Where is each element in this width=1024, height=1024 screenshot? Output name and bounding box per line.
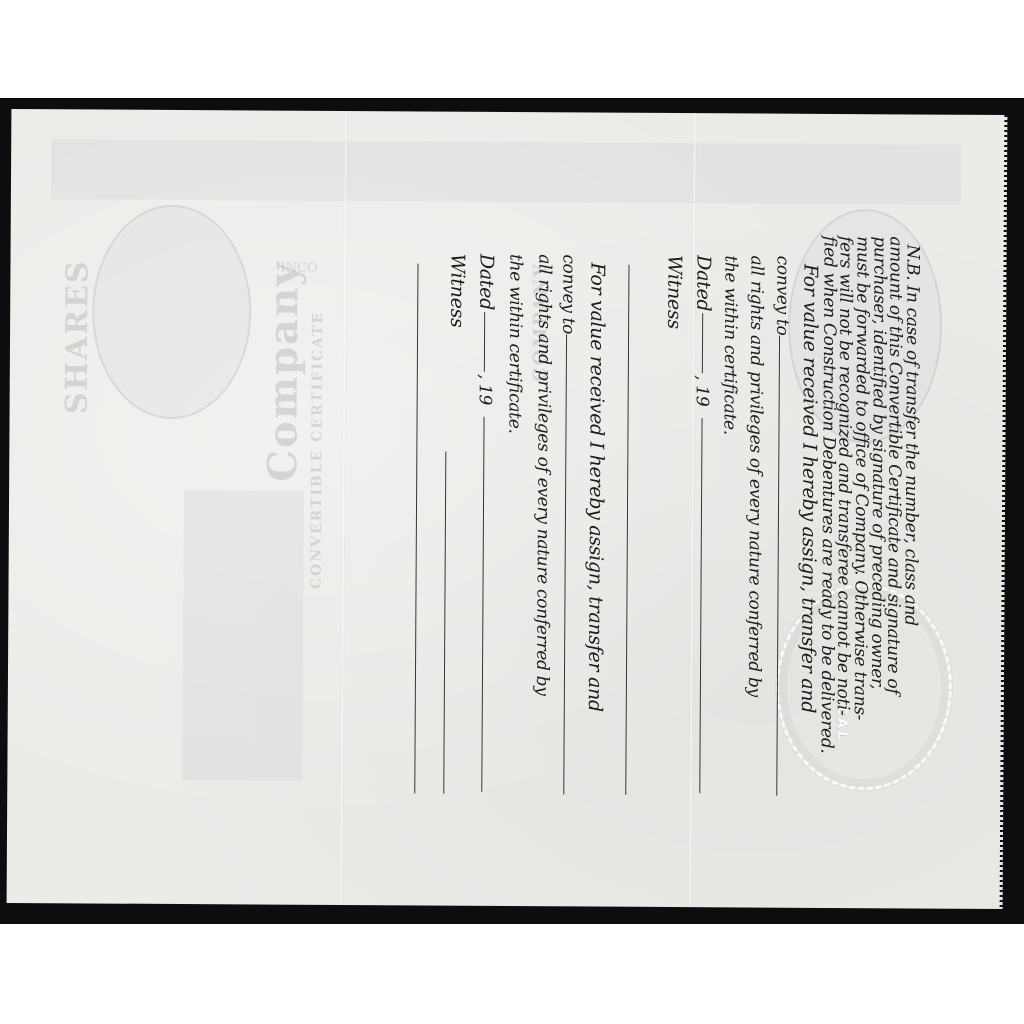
ghost-fragment: INCO [280, 261, 317, 276]
assignment-1-convey-line[interactable] [563, 334, 567, 794]
assignment-2-witness-line[interactable] [625, 265, 629, 795]
assignment-2-witness-label: Witness [664, 255, 683, 329]
ghost-vignette-oval [92, 204, 252, 419]
assignment-1-dated-line[interactable] [484, 312, 485, 372]
certificate-back: Company CONVERTIBLE CERTIFICATE SHARES C… [7, 109, 1008, 909]
paper-fold-right [689, 113, 697, 907]
assignment-1-witness-label: Witness [447, 254, 466, 328]
ghost-top-border [51, 139, 961, 205]
ghost-company-title: Company [259, 260, 307, 481]
assignment-2-rights: all rights and privileges of every natur… [745, 255, 765, 696]
paper-fold-left [340, 111, 348, 905]
assignment-1-convey-label: convey to [559, 254, 576, 334]
assignment-2-convey-label: convey to [773, 256, 790, 336]
ghost-left-panel [182, 490, 304, 781]
assignment-2-certificate: the within certificate. [720, 255, 738, 435]
assignment-1-dated-label: Dated [476, 254, 495, 310]
assignment-2-heading: For value received I hereby assign, tran… [798, 264, 820, 713]
assignment-2-convey-line[interactable] [776, 336, 780, 796]
ghost-denomination: SHARES [60, 259, 96, 414]
assignment-1-witness-line[interactable] [414, 263, 418, 793]
assignment-1-extra-line [443, 452, 446, 794]
assignment-2-year-line[interactable] [699, 418, 702, 793]
assignment-1-year-line[interactable] [481, 417, 484, 792]
ghost-subtitle: CONVERTIBLE CERTIFICATE [309, 311, 327, 589]
assignment-1-heading: For value received I hereby assign, tran… [585, 262, 607, 711]
assignment-2-dated-line[interactable] [702, 313, 703, 373]
assignment-2-dated-label: Dated [693, 255, 712, 311]
assignment-1-year-label: , 19 [476, 374, 493, 405]
assignment-1-rights: all rights and privileges of every natur… [533, 254, 553, 695]
assignment-2-year-label: , 19 [693, 375, 710, 406]
assignment-1-certificate: the within certificate. [505, 254, 523, 434]
